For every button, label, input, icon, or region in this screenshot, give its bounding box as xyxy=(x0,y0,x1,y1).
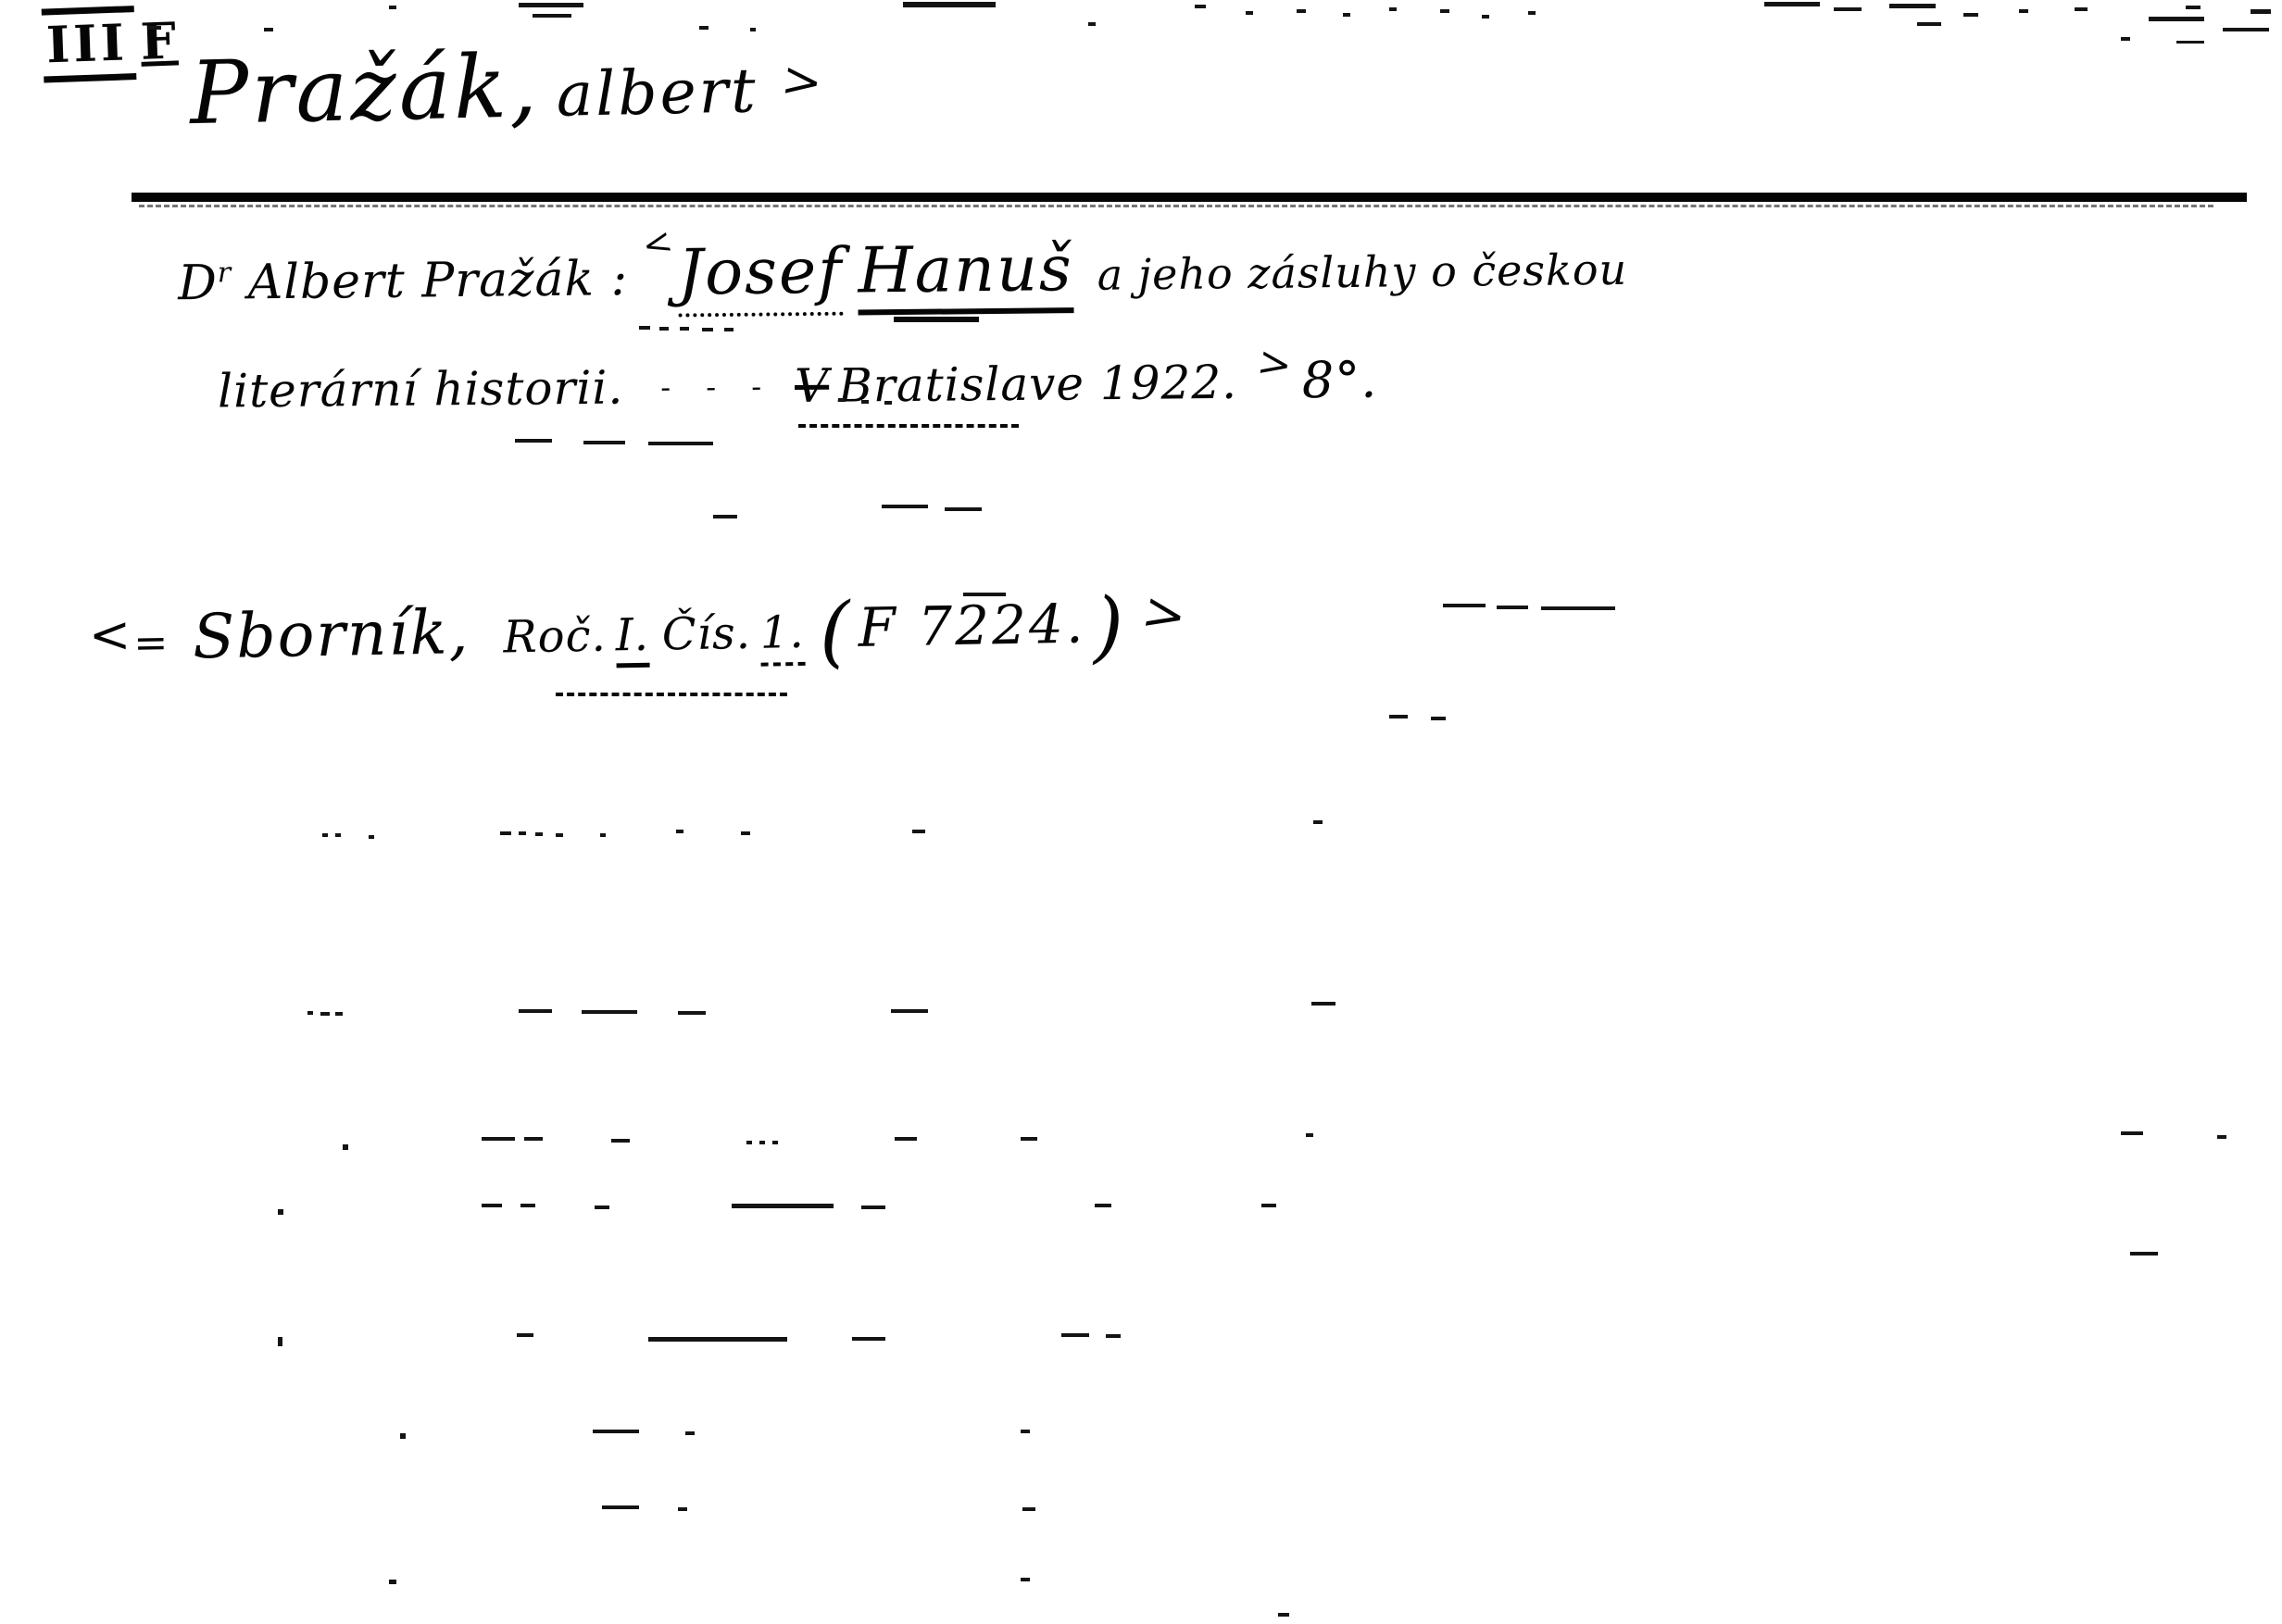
scan-speck xyxy=(517,1333,533,1337)
scan-speck xyxy=(600,833,606,837)
scan-speck xyxy=(1261,1204,1276,1207)
scan-speck xyxy=(678,1011,706,1015)
scan-speck xyxy=(1963,13,1978,17)
scan-speck xyxy=(2130,1252,2158,1255)
title-continuation: a jeho zásluhy o českou xyxy=(1097,244,1627,300)
heading-rule xyxy=(132,193,2247,202)
scan-speck xyxy=(1278,1613,1289,1617)
scan-speck xyxy=(2149,17,2204,21)
scan-speck xyxy=(699,26,708,30)
issue-number: 1. xyxy=(759,606,805,667)
scan-speck xyxy=(838,398,846,402)
imprint-statement: Bratislave 1922. xyxy=(838,356,1237,413)
author-name: Albert Pražák : xyxy=(247,251,628,310)
scan-speck xyxy=(535,832,543,836)
format-statement: 8°. xyxy=(1302,351,1378,410)
scan-speck xyxy=(1095,1204,1111,1207)
author-statement: Dr Albert Pražák : xyxy=(178,251,629,311)
scan-speck xyxy=(895,1137,917,1141)
scan-speck xyxy=(639,326,650,330)
scan-speck xyxy=(680,327,689,331)
scan-speck xyxy=(659,327,669,331)
scan-speck xyxy=(891,1009,928,1013)
scan-speck xyxy=(1541,606,1615,610)
scan-speck xyxy=(593,1430,639,1433)
scan-speck xyxy=(884,401,892,405)
scan-speck xyxy=(903,2,996,7)
paren-close: ) xyxy=(1092,581,1124,672)
scan-speck xyxy=(750,28,756,31)
volume-label: Roč. xyxy=(503,610,607,664)
scan-speck xyxy=(1061,1333,1089,1337)
stray-ink-bar xyxy=(894,317,979,322)
scan-speck xyxy=(963,593,1006,596)
scan-speck xyxy=(746,1141,752,1144)
scan-speck xyxy=(1443,604,1486,607)
shelfmark: F 7224. xyxy=(858,593,1086,659)
scan-speck xyxy=(278,1209,283,1215)
scan-speck xyxy=(520,1204,535,1207)
scan-speck xyxy=(1246,11,1253,15)
periodical-title: Sborník, xyxy=(192,596,470,672)
scan-speck xyxy=(1306,1133,1313,1137)
classmark-roman-numeral: III xyxy=(42,6,137,82)
scan-speck xyxy=(1497,606,1528,609)
note-equals-mark: = xyxy=(133,619,169,668)
paren-open: ( xyxy=(819,585,851,677)
scan-speck xyxy=(482,1137,515,1141)
scan-speck xyxy=(307,1011,313,1015)
scan-speck xyxy=(1764,2,1820,6)
heading-forename: albert xyxy=(556,55,759,131)
scan-speck xyxy=(148,26,161,30)
note-insert-close-caret-icon: > xyxy=(1137,581,1192,648)
scan-speck xyxy=(1106,1334,1121,1338)
scan-speck xyxy=(482,1204,502,1207)
scan-speck xyxy=(741,831,750,835)
scan-speck xyxy=(702,328,713,331)
volume-number: I. xyxy=(615,609,649,668)
ellipsis-dashes: - - - xyxy=(660,369,774,405)
scan-speck xyxy=(945,507,982,511)
scan-speck xyxy=(1482,15,1489,19)
heading-surname: Pražák, xyxy=(189,36,541,144)
scan-speck xyxy=(611,1139,630,1143)
scan-speck xyxy=(2075,7,2088,11)
imprint-place-initial: V xyxy=(795,359,830,413)
work-title-last: Hanuš xyxy=(858,232,1073,315)
scan-speck xyxy=(595,1206,609,1209)
scan-speck xyxy=(583,441,625,444)
scan-speck xyxy=(1195,5,1206,8)
scan-speck xyxy=(322,833,328,837)
author-superscript: r xyxy=(218,256,232,289)
scan-speck xyxy=(278,1337,282,1346)
scan-speck xyxy=(389,1580,396,1584)
work-title-first: Josef xyxy=(677,235,843,318)
scan-speck xyxy=(369,835,374,839)
catalog-card: IIIF Pražák,albert> Dr Albert Pražák :<J… xyxy=(0,0,2282,1624)
scan-speck xyxy=(519,3,583,7)
scan-speck xyxy=(759,1141,765,1144)
scan-speck xyxy=(2186,6,2200,9)
scan-speck xyxy=(2217,1135,2226,1139)
scan-speck xyxy=(732,1204,834,1208)
scan-speck xyxy=(519,1009,552,1013)
scan-speck xyxy=(861,400,869,404)
scan-speck xyxy=(1313,820,1323,824)
scan-speck xyxy=(648,1337,787,1342)
entry-line-1: Dr Albert Pražák :<JosefHanuša jeho zásl… xyxy=(178,213,1628,315)
scan-speck xyxy=(861,1206,885,1209)
scan-speck xyxy=(335,1012,343,1016)
scan-speck xyxy=(2121,37,2130,41)
scan-speck xyxy=(1021,1430,1030,1433)
scan-speck xyxy=(1311,1002,1335,1006)
scan-speck xyxy=(582,1010,637,1014)
scan-speck xyxy=(264,28,273,31)
scan-speck xyxy=(335,833,341,837)
scan-speck xyxy=(1528,11,1536,15)
insertion-caret-icon: > xyxy=(779,52,828,112)
work-title: JosefHanuš xyxy=(677,232,1073,309)
scan-speck xyxy=(2223,28,2269,31)
scan-speck xyxy=(1917,22,1941,26)
scan-speck xyxy=(1889,4,1936,8)
scan-speck xyxy=(343,1144,348,1150)
scan-speck xyxy=(533,14,571,18)
title-continuation-2: literární historii. xyxy=(218,361,624,418)
issue-label: Čís. xyxy=(661,607,751,661)
scan-speck xyxy=(648,442,713,445)
insertion-caret-small-icon: < xyxy=(638,219,677,267)
scan-speck xyxy=(2176,41,2204,44)
scan-speck xyxy=(772,1141,778,1144)
scan-speck xyxy=(1022,1507,1035,1511)
scan-speck xyxy=(1021,1578,1030,1581)
scan-speck xyxy=(602,1505,639,1509)
scan-speck xyxy=(400,1433,406,1439)
author-initial: D xyxy=(178,256,218,311)
scan-speck xyxy=(1431,717,1446,720)
scan-speck xyxy=(2019,9,2028,13)
scan-speck xyxy=(852,1337,885,1341)
insertion-caret-icon-2: > xyxy=(1254,338,1297,391)
note-line: <=Sborník,Roč.I.Čís.1. (F 7224.)> xyxy=(88,580,1188,690)
scan-speck xyxy=(1389,7,1397,11)
scan-speck xyxy=(519,831,526,835)
scan-speck xyxy=(678,1507,687,1511)
scan-speck xyxy=(515,439,552,443)
scan-speck xyxy=(2121,1131,2143,1135)
heading: Pražák,albert> xyxy=(189,31,826,144)
scan-speck xyxy=(1389,715,1408,718)
issue-dashed-underline xyxy=(556,693,787,696)
entry-line-2: literární historii.- - -VBratislave 1922… xyxy=(218,340,1378,419)
scan-speck xyxy=(713,515,737,518)
note-insert-caret-icon: < xyxy=(88,606,132,665)
scan-speck xyxy=(1021,1137,1037,1141)
scan-speck xyxy=(556,833,563,837)
scan-speck xyxy=(912,830,925,833)
classmark: IIIF xyxy=(42,10,179,74)
scan-speck xyxy=(1834,7,1862,11)
scan-speck xyxy=(882,505,928,508)
scan-speck xyxy=(676,830,683,833)
scan-speck xyxy=(685,1431,695,1435)
heading-rule-noise xyxy=(139,205,2213,207)
scan-speck xyxy=(2251,9,2271,14)
scan-speck xyxy=(389,6,396,9)
scan-speck xyxy=(320,1012,330,1016)
scan-speck xyxy=(1440,9,1449,13)
classmark-letter: F xyxy=(140,10,180,70)
scan-speck xyxy=(724,328,733,331)
scan-speck xyxy=(524,1137,543,1141)
scan-speck xyxy=(1343,13,1350,17)
scan-speck xyxy=(1088,22,1096,26)
scan-speck xyxy=(500,831,511,835)
scan-speck xyxy=(1297,9,1306,13)
imprint-dashed-underline xyxy=(798,424,1019,428)
